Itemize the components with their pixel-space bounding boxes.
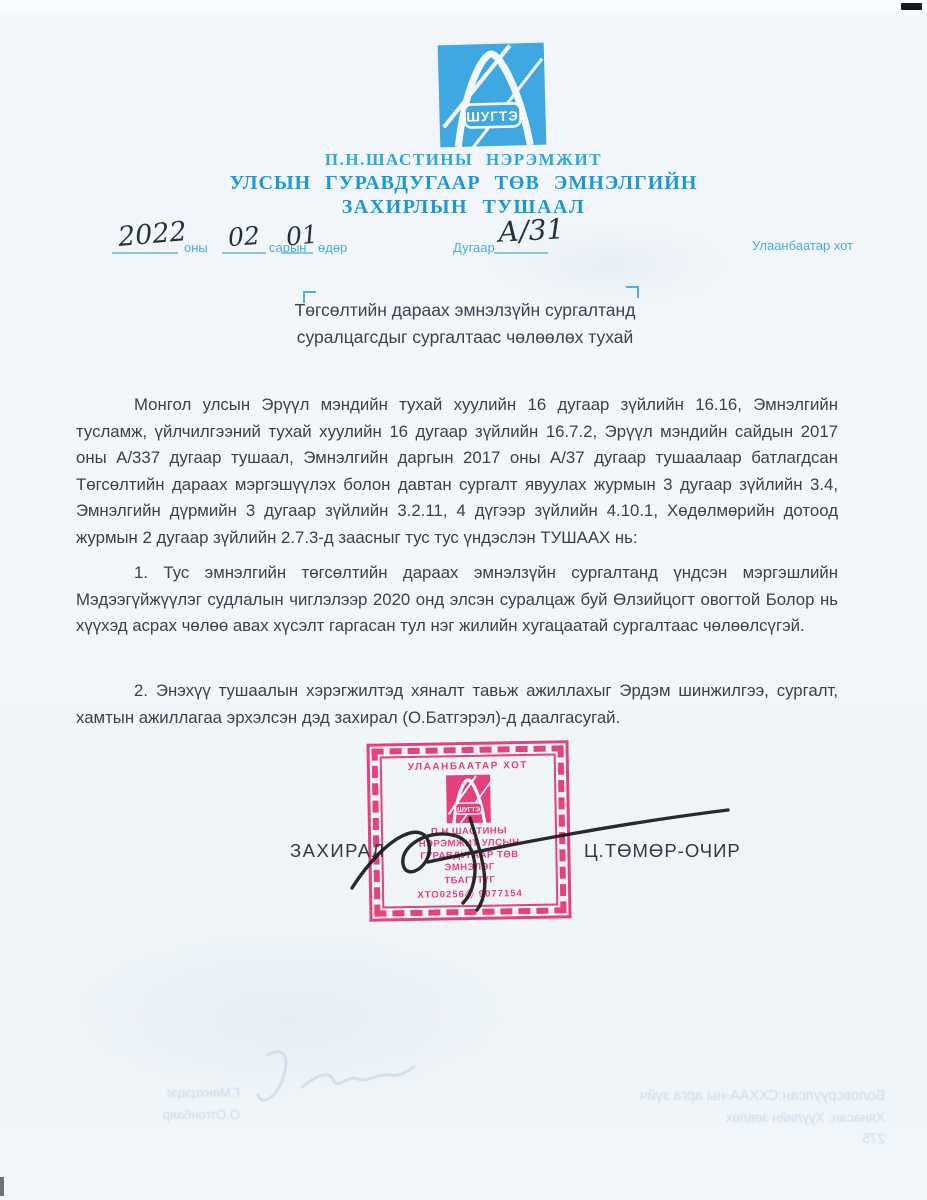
handwritten-day: 01 — [285, 219, 320, 251]
order-item-2: 2. Энэхүү тушаалын хэрэгжилтэд хяналт та… — [76, 678, 838, 731]
order-subject-line2: суралцагсдыг сургалтаас чөлөөлөх тухай — [230, 324, 700, 351]
bleedthrough-signature-ink — [250, 1045, 420, 1115]
scan-artifact-corner — [0, 1177, 4, 1196]
letterhead-hospital-name: УЛСЫН ГУРАВДУГААР ТӨВ ЭМНЭЛГИЙН — [0, 172, 927, 195]
month-underline — [222, 252, 266, 254]
day-label: өдөр — [318, 240, 347, 255]
bleedthrough-notes: Боловсруулсан:СХХАА-ны арга зүйч Хянасан… — [575, 1086, 885, 1149]
city-label: Улаанбаатар хот — [752, 238, 853, 253]
year-label: оны — [184, 240, 208, 255]
bleedthrough-names: Г.Мөнхцэцэг О.Отгонбаяр — [100, 1082, 240, 1126]
scanned-document-page: ШУГТЭ П.Н.ШАСТИНЫ НЭРЭМЖИТ УЛСЫН ГУРАВДУ… — [0, 0, 927, 1200]
order-subject-line1: Төгсөлтийн дараах эмнэлзүйн сургалтанд — [230, 297, 700, 324]
order-item-1: 1. Тус эмнэлгийн төгсөлтийн дараах эмнэл… — [76, 560, 838, 640]
bleedthrough-name-1: Г.Мөнхцэцэг — [100, 1082, 240, 1104]
scan-artifact-mark — [901, 3, 922, 10]
bleedthrough-name-2: О.Отгонбаяр — [100, 1104, 240, 1126]
day-underline — [281, 252, 313, 254]
order-subject-title: Төгсөлтийн дараах эмнэлзүйн сургалтанд с… — [230, 297, 700, 351]
number-underline — [494, 252, 548, 254]
handwritten-year: 2022 — [117, 216, 188, 253]
letterhead-order-type: ЗАХИРЛЫН ТУШААЛ — [0, 196, 927, 219]
bleedthrough-note-2: Хянасан: Хуулийн зөвлөх — [575, 1107, 885, 1128]
letterhead-named-after: П.Н.ШАСТИНЫ НЭРЭМЖИТ — [0, 150, 927, 170]
preamble-paragraph: Монгол улсын Эрүүл мэндийн тухай хуулийн… — [76, 392, 838, 551]
handwritten-order-number: А/31 — [497, 212, 565, 248]
handwritten-month: 02 — [227, 221, 261, 252]
bleedthrough-note-1: Боловсруулсан:СХХАА-ны арга зүйч — [575, 1086, 885, 1107]
hospital-logo-icon: ШУГТЭ — [436, 41, 549, 150]
logo-text: ШУГТЭ — [466, 108, 519, 124]
signature-ink — [330, 770, 750, 930]
bleedthrough-note-3: 275 — [575, 1128, 885, 1149]
order-number-label: Дугаар — [453, 240, 495, 255]
year-underline — [112, 252, 178, 254]
